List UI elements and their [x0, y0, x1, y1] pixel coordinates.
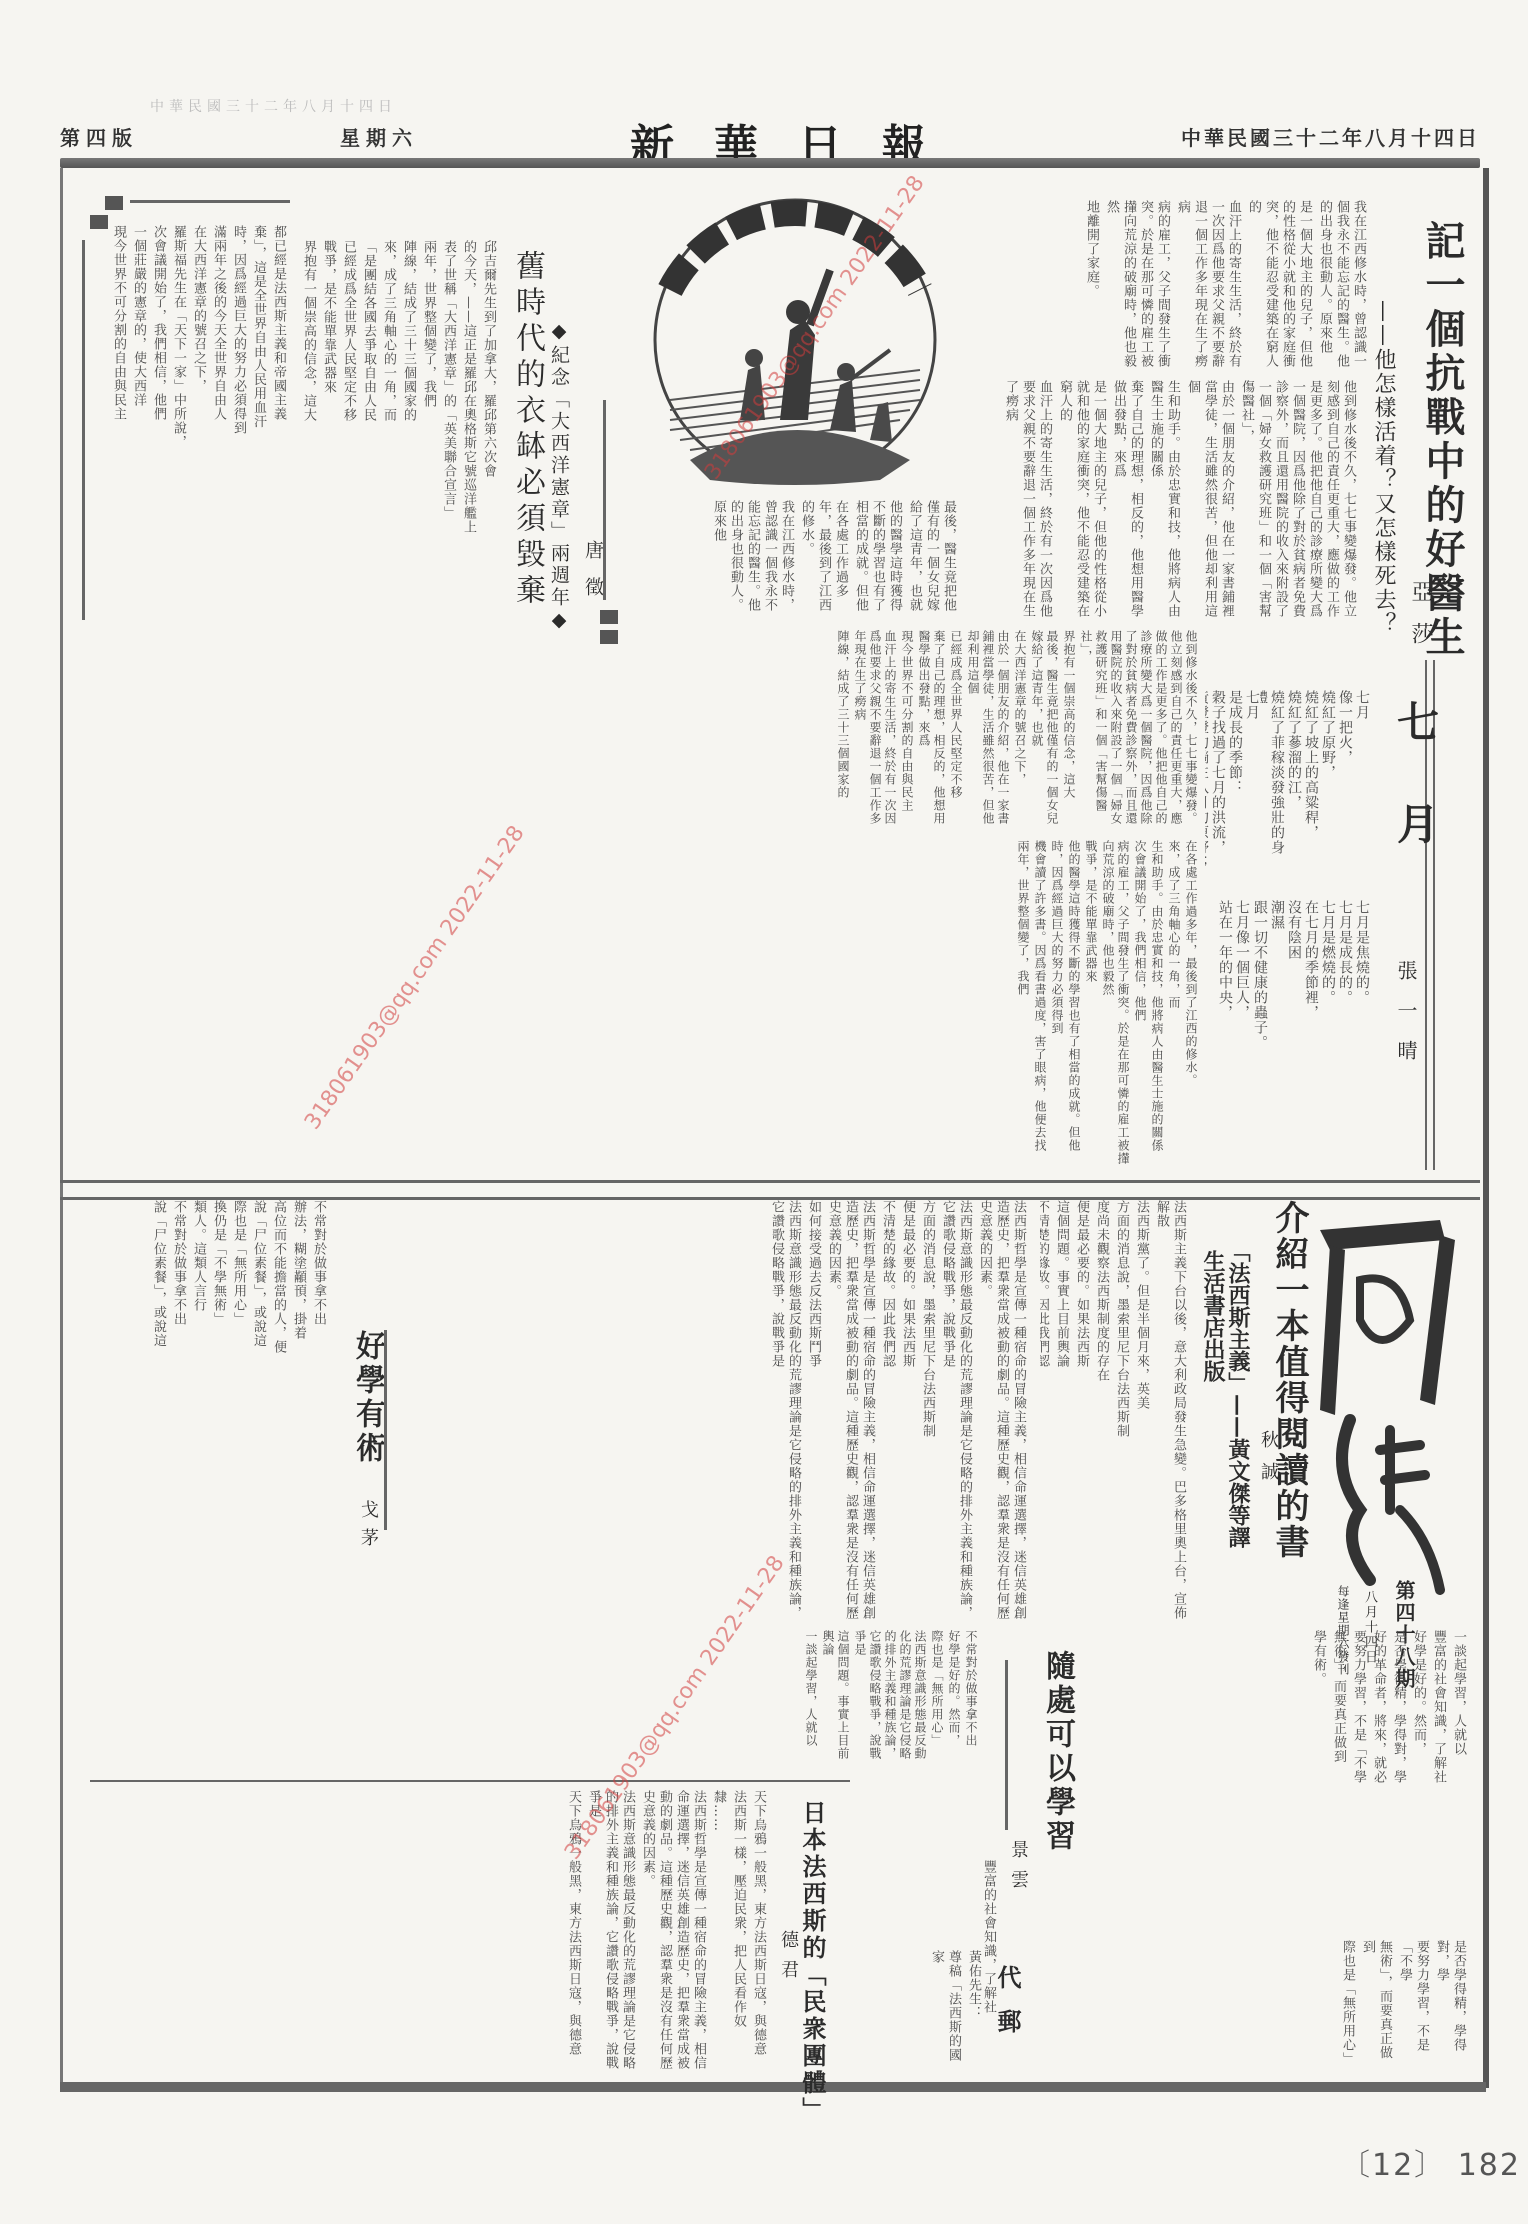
weekday: 星期六: [340, 122, 418, 151]
doctor-article-continued: 最後，醫生竟把他僅有的一個女兒嫁給了這青年，也就 他的醫學這時獲得不斷的學習也有…: [700, 500, 960, 620]
learn-everywhere-body: 一談起學習，人就以 豐富的社會知識，了解社 好學是好的。然而， 是否學得精，學得…: [1080, 1630, 1470, 1920]
ornament-square: [600, 610, 618, 624]
issue-date: 中華民國三十二年八月十四日: [1181, 122, 1480, 151]
reply-title: 代郵: [990, 1965, 1025, 2053]
upper-lower-text-band: 在各處工作過多年，最後到了江西的修水。 來，成了三角軸心的一角，而 生和助手。由…: [80, 840, 1200, 1170]
learn-everywhere-author: 景雲: [1005, 1840, 1031, 1900]
reply-body: 黃佑先生： 尊稿「法西斯的國家 」，承見示，特此致謝。: [930, 1950, 985, 2070]
july-poem-author: 張一晴: [1392, 960, 1421, 1080]
top-rule: [60, 158, 1480, 168]
title-rule: [384, 1330, 387, 1530]
box-rule: [90, 1780, 850, 1782]
doctor-article-body-bottom: 他到修水後不久，七七事變爆發。他立刻感到自己的責任更重大，應做的工作是更多了。他…: [960, 380, 1360, 620]
book-review-title: 介紹一本值得閱讀的書: [1270, 1200, 1308, 1560]
lower-text-band: 不常對於做事拿不出 好學是好的。然而， 際也是「無所用心」 法西斯意識形態最反動…: [80, 1630, 980, 1770]
doctor-article-body-top: 我在江西修水時，曾認識一個我永不能忘記的醫生。他的出身也很動人。原來他 是一個大…: [1080, 200, 1370, 370]
tuanjie-calligraphy-masthead: [1290, 1210, 1470, 1630]
july-poem-stanza: 七月是焦燒的。 七月是成長的。 七月是燃燒的。 在七月的季節裡， 沒有陰困 潮濕…: [1250, 900, 1370, 1060]
good-study-title: 好學有術: [345, 1330, 389, 1466]
july-poem-stanza: 七月 是成長的季節： 穀子找過了七月的洪流， 黃澄澄的躺在八月的原野；: [1205, 690, 1260, 870]
masthead: 中華民國三十二年八月十四日 第四版 星期六 新華日報 中華民國三十二年八月十四日: [60, 118, 1480, 158]
july-poem-title: 七月: [1385, 700, 1445, 904]
july-poem-stanza: 七月像一個巨人， 站在一年的中央，: [1205, 900, 1250, 1060]
learn-everywhere-title: 隨處可以學習: [1035, 1650, 1079, 1854]
left-column-rule: [130, 200, 290, 203]
learn-everywhere-tail: 是否學得精，學得對，學 要努力學習，不是「不學 無術」，而要真正做到 際也是「無…: [1030, 1940, 1470, 2070]
atlantic-article-title: 舊時代的衣缽必須毀棄: [510, 250, 544, 610]
japan-fascism-body: 天下烏鴉一般黑，東方法西斯日寇，與德意 法西斯一樣，壓迫民衆，把人民看作奴 隸……: [90, 1790, 770, 2070]
book-review-body: 法西斯主義下台以後，意大利政局發生急變。巴多格里奧上台，宣佈解散 法西斯黨了。但…: [1040, 1200, 1190, 1620]
fascism-analysis-body: 法西斯哲學是宣傳一種宿命的冒險主義，相信命運選擇，迷信英雄創造歷史，把羣衆當成被…: [440, 1200, 1030, 1620]
title-rule: [603, 400, 606, 600]
upper-middle-text-band: 他到修水後不久，七七事變爆發。他立刻感到自己的責任更重大，應做的工作是更多了。他…: [80, 630, 1200, 830]
atlantic-article-body: 邱吉爾先生到了加拿大，羅邱第六次會 的今天，——這正是羅邱在奧格斯它號巡洋艦上 …: [300, 240, 500, 620]
atlantic-article-subtitle: ◆紀念「大西洋憲章」兩週年◆: [548, 320, 570, 634]
ornament-square: [105, 196, 123, 210]
section-divider: [60, 1180, 1480, 1200]
doctor-article-author: 亞莎: [1405, 580, 1436, 664]
page-number: 〔12〕 182: [1340, 2140, 1521, 2184]
bottom-rule: [60, 2082, 1486, 2092]
good-study-body: 不常對於做事拿不出 辦法，糊塗顢頇，掛着 高位而不能擔當的人，便 說「尸位素餐」…: [80, 1200, 330, 1620]
japan-fascism-author: 德君: [775, 1930, 801, 1990]
left-column-body: 都已經是法西斯主義和帝國主義 棄」，這是全世界自由人民用血汗 時，因爲經過巨大的…: [100, 225, 290, 620]
good-study-author: 戈茅: [355, 1500, 381, 1556]
doctor-article-subtitle: ——他怎樣活着？又怎樣死去？: [1370, 300, 1396, 636]
left-margin-rule: [82, 240, 85, 620]
book-review-author: 秋誠: [1255, 1430, 1281, 1494]
newspaper-page: 中華民國三十二年八月十四日 第四版 星期六 新華日報 中華民國三十二年八月十四日…: [0, 0, 1528, 2224]
page-label: 第四版: [60, 122, 138, 151]
title-rule: [1005, 1660, 1008, 1830]
book-review-book-name: 「法西斯主義」——黃文傑等譯: [1225, 1240, 1251, 1548]
book-review-publisher: 生活書店出版: [1200, 1250, 1226, 1382]
masthead-ghost-bleedthrough: 中華民國三十二年八月十四日: [150, 96, 397, 116]
july-poem-stanza: 七月 像一把火， 燒紅了原野， 燒紅了坡上的高粱稈， 燒紅了蔘溜的江， 燒紅了菲…: [1260, 690, 1370, 870]
